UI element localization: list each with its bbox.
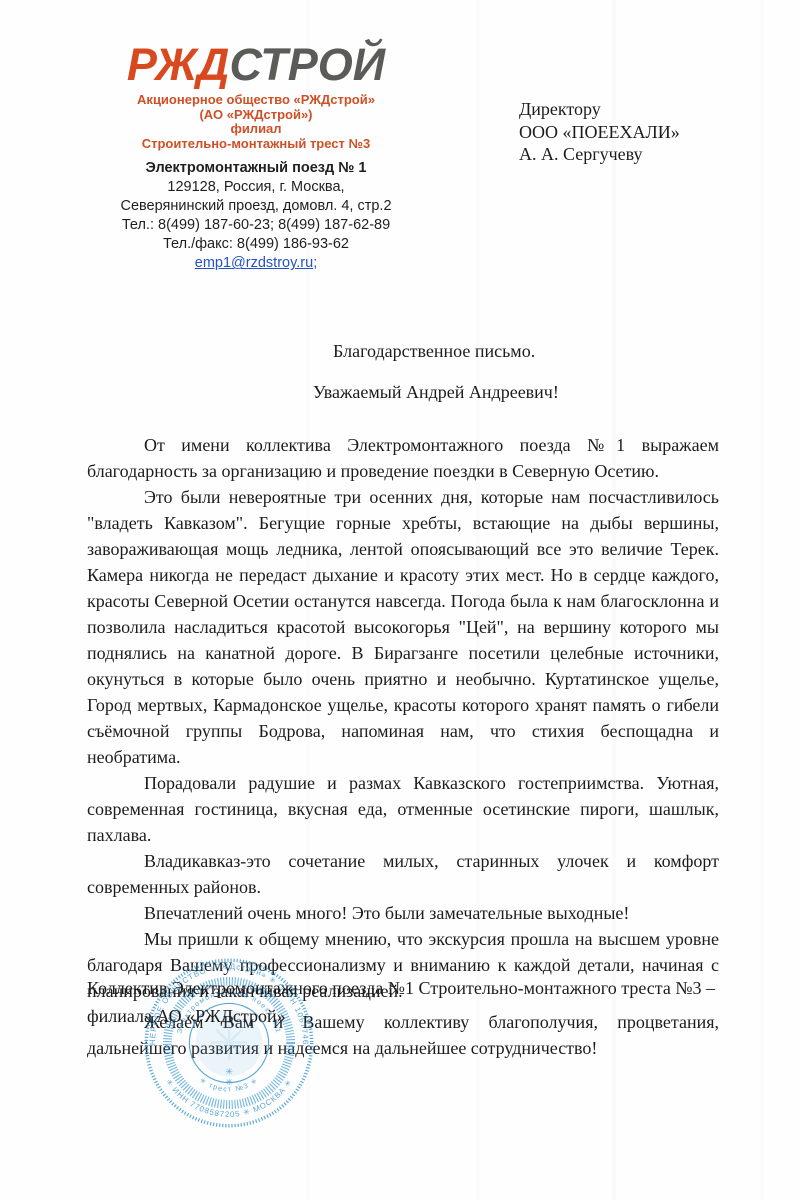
org-line: Акционерное общество «РЖДстрой» [36, 93, 476, 108]
org-line: Строительно-монтажный трест №3 [36, 137, 476, 152]
letter-paragraph: Это были невероятные три осенних дня, ко… [87, 484, 719, 770]
address-line: Тел.: 8(499) 187-60-23; 8(499) 187-62-89 [36, 216, 476, 235]
address-line: 129128, Россия, г. Москва, [36, 178, 476, 197]
signature-line: Коллектив Электромонтажного поезда №1 Ст… [87, 974, 737, 1030]
letter-paragraph: Порадовали радушие и размах Кавказского … [87, 770, 719, 848]
address-line: Северянинский проезд, домовл. 4, стр.2 [36, 197, 476, 216]
letter-body: Благодарственное письмо. Уважаемый Андре… [87, 338, 719, 1061]
unit-name: Электромонтажный поезд № 1 [36, 159, 476, 178]
letter-greeting: Уважаемый Андрей Андреевич! [313, 379, 719, 405]
letter-title: Благодарственное письмо. [333, 338, 719, 364]
recipient-line: Директору [519, 98, 680, 121]
logo-rzd-part: РЖД [127, 39, 230, 90]
letter-page: РЖДСТРОЙ Акционерное общество «РЖДстрой»… [0, 0, 800, 1200]
org-line: (АО «РЖДстрой») [36, 108, 476, 123]
recipient-line: А. А. Сергучеву [519, 143, 680, 166]
letter-paragraph: Владикавказ-это сочетание милых, старинн… [87, 848, 719, 900]
letter-paragraph: От имени коллектива Электромонтажного по… [87, 432, 719, 484]
stamp-asterisk-icon: ✳ [225, 1067, 233, 1077]
logo-stroy-part: СТРОЙ [229, 39, 385, 90]
email-row: emp1@rzdstroy.ru; [36, 254, 476, 273]
letterhead: РЖДСТРОЙ Акционерное общество «РЖДстрой»… [36, 42, 476, 273]
email-suffix: ; [313, 255, 317, 271]
stamp-asterisk-icon: ✳ [225, 1077, 233, 1087]
address-block: 129128, Россия, г. Москва, Северянинский… [36, 178, 476, 273]
recipient-block: Директору ООО «ПОЕЕХАЛИ» А. А. Сергучеву [519, 98, 680, 166]
recipient-line: ООО «ПОЕЕХАЛИ» [519, 121, 680, 144]
address-line: Тел./факс: 8(499) 186-93-62 [36, 235, 476, 254]
letter-paragraph: Впечатлений очень много! Это были замеча… [87, 900, 719, 926]
org-line: филиал [36, 122, 476, 137]
company-logo: РЖДСТРОЙ [36, 42, 476, 88]
org-name-block: Акционерное общество «РЖДстрой» (АО «РЖД… [36, 93, 476, 151]
email-link[interactable]: emp1@rzdstroy.ru [195, 255, 313, 271]
